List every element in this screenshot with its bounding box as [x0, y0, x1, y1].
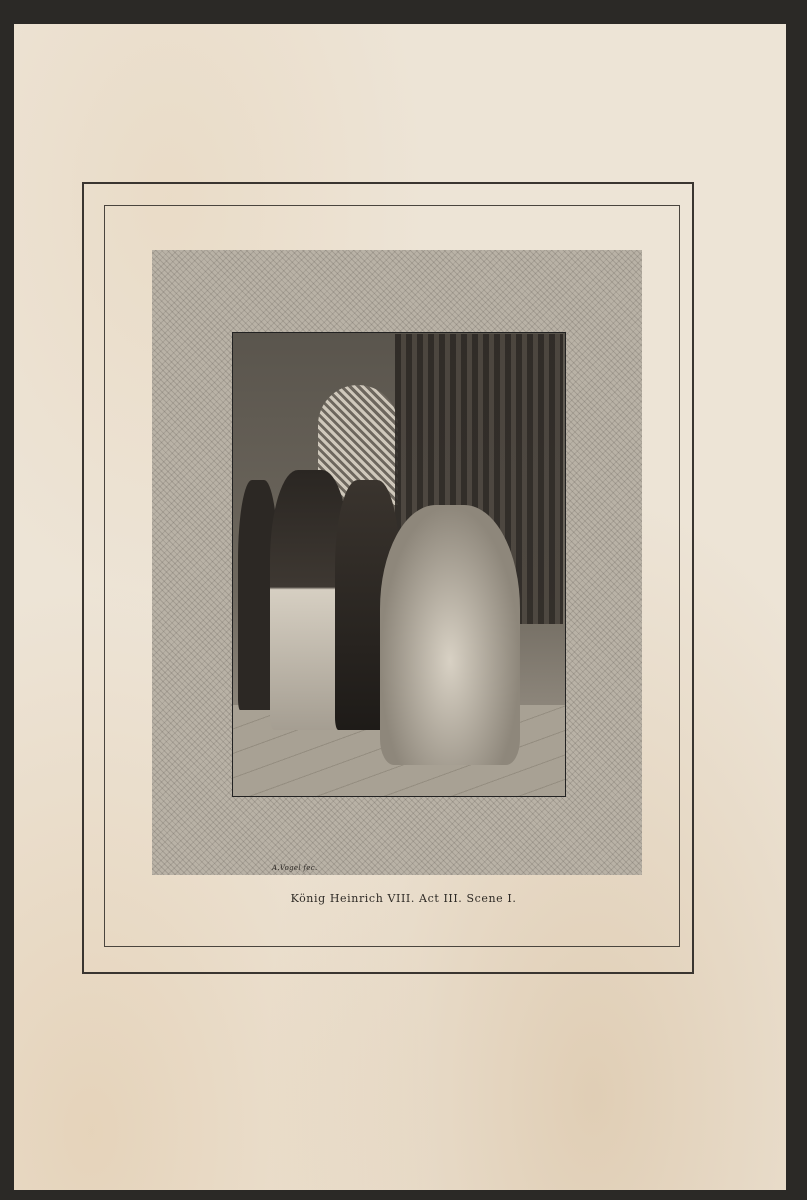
engraver-signature: A.Vogel fec.: [272, 864, 317, 872]
figure-seated-queen: [380, 505, 520, 765]
print-caption: König Heinrich VIII. Act III. Scene I.: [0, 892, 807, 905]
